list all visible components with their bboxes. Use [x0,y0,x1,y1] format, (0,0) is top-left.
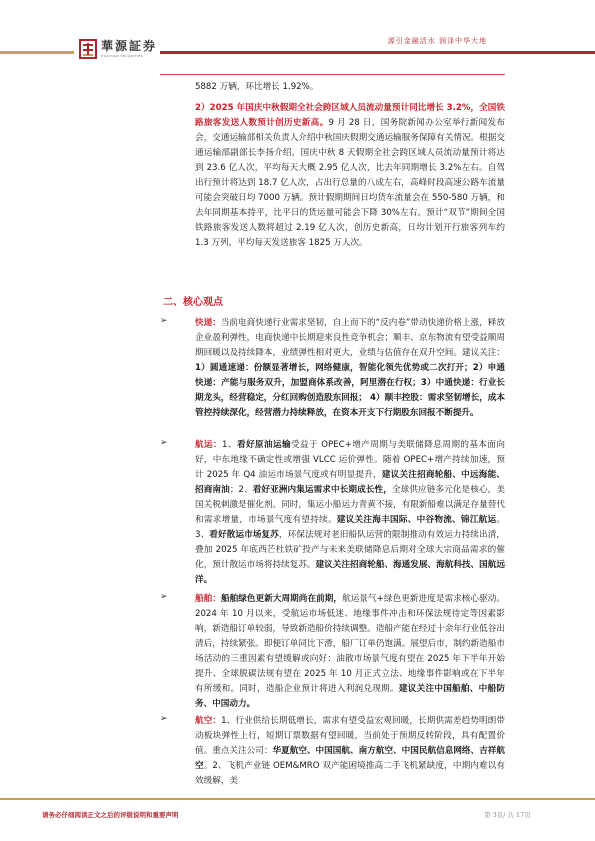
text-segment: 1、 [222,440,237,450]
holiday-traffic-body: 9 月 28 日，国务院新闻办公室举行新闻发布会，交通运输部相关负责人介绍中秋国… [195,118,505,248]
header-gold-rule [0,51,74,54]
bullet-aviation: ➢ 航空：1、行业供给长期低增长，需求有望受益宏观回暖，长期供需差趋势明朗带动板… [160,714,505,789]
text-segment-bold: 建议关注海丰国际、中谷物流、锦江航运 [337,515,497,525]
bullet-label: 航空： [195,716,221,726]
text-segment-bold: 看好散运市场复苏 [209,530,279,540]
logo-name-cn: 華源証券 [101,40,157,53]
text-segment-bold: 看好原油运输 [237,440,291,450]
text-segment-bold: 船舶绿色更新大周期尚在前期， [221,594,342,604]
bullet-label: 快递： [195,318,221,328]
bullet-shipbuilding: ➢ 船舶：船舶绿色更新大周期尚在前期，航运景气+绿色更新进度是需求核心驱动。20… [160,592,505,712]
text-segment-bold: 看好亚洲内集运需求中长期成长性， [253,485,392,495]
logo-mark-icon [79,39,97,59]
bullet-shipping: ➢ 航运：1、看好原油运输受益于 OPEC+增产周期与美联储降息周期的基本面向好… [160,438,505,588]
company-logo: 華源証券 HUAYUAN SECURITIES [79,39,157,59]
arrow-bullet-icon: ➢ [160,714,168,724]
bullet-recommendation: 1）圆通速递：份额显著增长，网络健康，智能化领先优势或二次打开；2）申通快递：产… [195,363,505,418]
bullet-express: ➢ 快递：当前电商快递行业需求坚韧，自上而下的“反内卷”带动快递价格上涨，释放企… [160,316,505,421]
logo-name-en: HUAYUAN SECURITIES [101,54,157,58]
footer-gold-rule [0,798,595,800]
content-top-rule [160,74,505,75]
intro-content: 5882 万辆，环比增长 1.92%。 2）2025 年国庆中秋假期全社会跨区域… [195,80,505,251]
holiday-traffic-paragraph: 2）2025 年国庆中秋假期全社会跨区域人员流动量预计同比增长 3.2%，全国铁… [195,101,505,251]
footer-disclaimer: 请务必仔细阅读正文之后的评级说明和重要声明 [42,810,179,819]
arrow-bullet-icon: ➢ [160,592,168,602]
text-segment: 。2、飞机产业链 OEM&MRO 双产能困境推高二手飞机紧缺度，中期内难以有效缓… [195,761,505,786]
bullet-body: 当前电商快递行业需求坚韧，自上而下的“反内卷”带动快递价格上涨，释放企业盈利弹性… [195,318,505,358]
bullet-label: 航运： [195,440,222,450]
header-red-rule [160,51,595,54]
arrow-bullet-icon: ➢ [160,438,168,448]
section-title-core-views: 二、核心观点 [163,293,223,308]
arrow-bullet-icon: ➢ [160,316,168,326]
bullet-label: 船舶： [195,594,221,604]
text-segment: ；2、 [230,485,253,495]
carryover-text: 5882 万辆，环比增长 1.92%。 [195,80,505,95]
text-segment: 航运景气+绿色更新进度是需求核心驱动。2024 年 10 月以来，受航运市场低迷… [195,594,505,694]
page-number: 第 3页/ 共 17页 [484,810,531,819]
header-slogan: 源引金融活水 润泽中华大地 [388,36,487,46]
